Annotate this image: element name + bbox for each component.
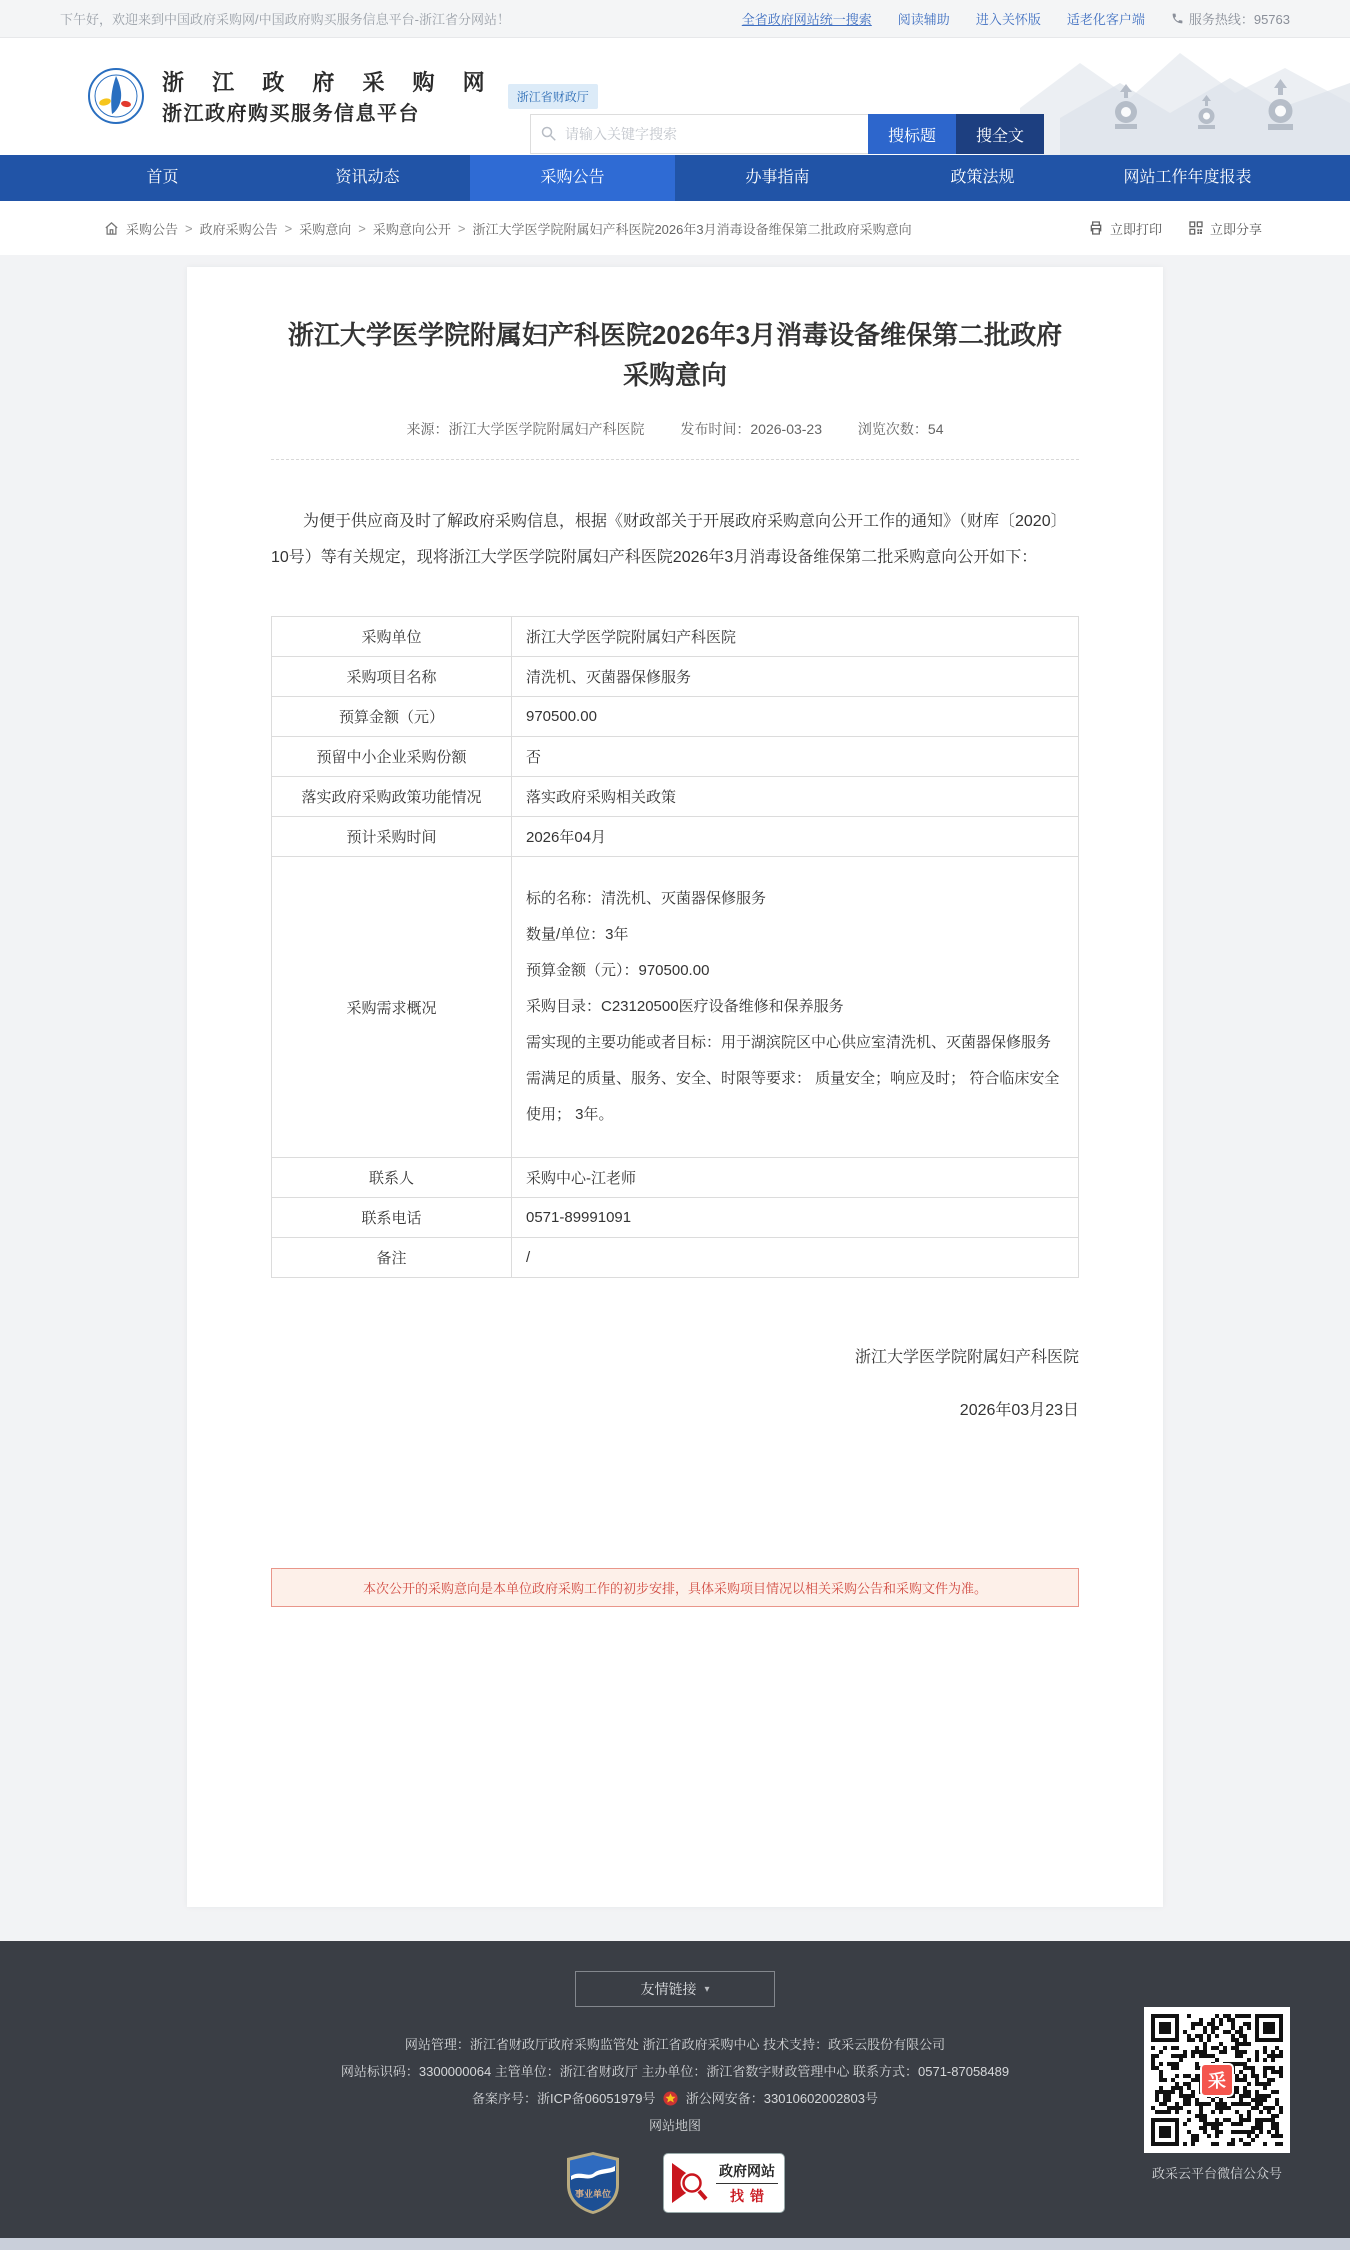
table-row: 采购需求概况标的名称：清洗机、灭菌器保修服务数量/单位：3年预算金额（元）：97… (272, 857, 1079, 1158)
breadcrumb-separator: > (185, 221, 193, 236)
table-row: 备注/ (272, 1238, 1079, 1278)
print-icon (1088, 220, 1104, 236)
breadcrumb-item[interactable]: 采购意向 (299, 219, 351, 238)
topbar-link[interactable]: 适老化客户端 (1067, 9, 1145, 28)
breadcrumb-separator: > (458, 221, 466, 236)
topbar-link[interactable]: 全省政府网站统一搜索 (742, 9, 872, 28)
main-nav: 首页资讯动态采购公告办事指南政策法规网站工作年度报表 (0, 155, 1350, 201)
search-bar: 搜标题 搜全文 (530, 114, 1044, 154)
table-row: 采购项目名称清洗机、灭菌器保修服务 (272, 657, 1079, 697)
row-value: 落实政府采购相关政策 (512, 777, 1079, 817)
breadcrumb-separator: > (358, 221, 366, 236)
institution-shield-badge[interactable]: 事业单位 (565, 2151, 621, 2215)
nav-item-link[interactable]: 办事指南 (675, 155, 880, 201)
table-row: 采购单位浙江大学医学院附属妇产科医院 (272, 617, 1079, 657)
page-title: 浙江大学医学院附属妇产科医院2026年3月消毒设备维保第二批政府采购意向 (271, 315, 1079, 395)
row-label: 预留中小企业采购份额 (272, 737, 512, 777)
row-value: 标的名称：清洗机、灭菌器保修服务数量/单位：3年预算金额（元）：970500.0… (512, 857, 1079, 1158)
topbar-links: 全省政府网站统一搜索阅读辅助进入关怀版适老化客户端 服务热线：95763 (742, 9, 1290, 28)
row-value: 否 (512, 737, 1079, 777)
breadcrumb-actions: 立即打印 立即分享 (1088, 219, 1262, 238)
print-button[interactable]: 立即打印 (1088, 219, 1162, 238)
row-label: 联系电话 (272, 1198, 512, 1238)
table-row: 预算金额（元）970500.00 (272, 697, 1079, 737)
row-label: 备注 (272, 1238, 512, 1278)
table-row: 预留中小企业采购份额否 (272, 737, 1079, 777)
logo-emblem-icon (88, 68, 144, 124)
breadcrumb-item[interactable]: 采购意向公开 (373, 219, 451, 238)
article-card: 浙江大学医学院附属妇产科医院2026年3月消毒设备维保第二批政府采购意向 来源：… (187, 267, 1163, 1907)
error-report-magnifier-icon (670, 2161, 710, 2205)
signature-block: 浙江大学医学院附属妇产科医院 2026年03月23日 (271, 1344, 1079, 1420)
topbar-link[interactable]: 进入关怀版 (976, 9, 1041, 28)
search-title-button[interactable]: 搜标题 (868, 114, 956, 154)
search-fulltext-button[interactable]: 搜全文 (956, 114, 1044, 154)
row-label: 预算金额（元） (272, 697, 512, 737)
dept-badge: 浙江省财政厅 (508, 84, 598, 109)
beian-emblem-icon (663, 2091, 678, 2106)
meta-publish-date: 2026-03-23 (750, 421, 822, 437)
wechat-qr-block: 采 政采云平台微信公众号 (1144, 2007, 1290, 2182)
row-value: 清洗机、灭菌器保修服务 (512, 657, 1079, 697)
error-badge-line1: 政府网站 (719, 2161, 775, 2181)
signature-org: 浙江大学医学院附属妇产科医院 (271, 1344, 1079, 1367)
site-title-line2: 浙江政府购买服务信息平台 (162, 97, 496, 126)
intro-paragraph: 为便于供应商及时了解政府采购信息，根据《财政部关于开展政府采购意向公开工作的通知… (271, 504, 1079, 576)
row-value: 0571-89991091 (512, 1198, 1079, 1238)
greeting-text: 下午好，欢迎来到中国政府采购网/中国政府购买服务信息平台-浙江省分网站！ (60, 9, 510, 28)
share-qr-icon (1188, 220, 1204, 236)
topbar: 下午好，欢迎来到中国政府采购网/中国政府购买服务信息平台-浙江省分网站！ 全省政… (0, 0, 1350, 38)
row-value: 浙江大学医学院附属妇产科医院 (512, 617, 1079, 657)
topbar-link-group: 全省政府网站统一搜索阅读辅助进入关怀版适老化客户端 (742, 9, 1145, 28)
site-title: 浙 江 政 府 采 购 网 浙江政府购买服务信息平台 (162, 66, 496, 126)
row-label: 联系人 (272, 1158, 512, 1198)
error-badge-line2: 找错 (724, 2186, 770, 2206)
row-label: 采购单位 (272, 617, 512, 657)
article-meta: 来源：浙江大学医学院附属妇产科医院 发布时间：2026-03-23 浏览次数：5… (271, 419, 1079, 439)
sitemap-link[interactable]: 网站地图 (649, 2118, 701, 2133)
site-header: 浙 江 政 府 采 购 网 浙江政府购买服务信息平台 浙江省财政厅 搜标题 搜全… (0, 38, 1350, 155)
search-input[interactable] (530, 114, 868, 154)
meta-divider (271, 459, 1079, 460)
nav-item-link[interactable]: 首页 (60, 155, 265, 201)
friend-links-dropdown[interactable]: 友情链接 ▾ (575, 1971, 775, 2007)
row-value: 2026年04月 (512, 817, 1079, 857)
nav-item-link[interactable]: 网站工作年度报表 (1085, 155, 1290, 201)
chevron-down-icon: ▾ (704, 1984, 709, 1995)
breadcrumb-bar: 采购公告>政府采购公告>采购意向>采购意向公开>浙江大学医学院附属妇产科医院20… (0, 201, 1350, 255)
qr-code: 采 (1144, 2007, 1290, 2153)
breadcrumb-item[interactable]: 政府采购公告 (200, 219, 278, 238)
qr-caption: 政采云平台微信公众号 (1144, 2163, 1290, 2182)
topbar-link[interactable]: 阅读辅助 (898, 9, 950, 28)
meta-views: 54 (928, 421, 944, 437)
row-value: 采购中心-江老师 (512, 1158, 1079, 1198)
signature-date: 2026年03月23日 (271, 1397, 1079, 1420)
header-decoration-mountains-pagodas (1020, 38, 1350, 155)
notice-banner: 本次公开的采购意向是本单位政府采购工作的初步安排，具体采购项目情况以相关采购公告… (271, 1568, 1079, 1607)
qr-center-logo: 采 (1200, 2063, 1234, 2097)
table-row: 联系人采购中心-江老师 (272, 1158, 1079, 1198)
nav-item-link[interactable]: 政策法规 (880, 155, 1085, 201)
search-icon (541, 126, 556, 141)
row-label: 采购项目名称 (272, 657, 512, 697)
meta-source: 浙江大学医学院附属妇产科医院 (449, 421, 645, 437)
site-logo[interactable]: 浙 江 政 府 采 购 网 浙江政府购买服务信息平台 浙江省财政厅 (88, 66, 598, 126)
breadcrumb-item[interactable]: 采购公告 (126, 219, 178, 238)
svg-text:事业单位: 事业单位 (575, 2188, 611, 2199)
row-value: / (512, 1238, 1079, 1278)
govsite-error-report-badge[interactable]: 政府网站 找错 (663, 2153, 785, 2213)
row-label: 落实政府采购政策功能情况 (272, 777, 512, 817)
site-footer: 友情链接 ▾ 网站管理：浙江省财政厅政府采购监管处 浙江省政府采购中心 技术支持… (0, 1941, 1350, 2238)
home-icon[interactable] (104, 221, 119, 236)
hotline: 服务热线：95763 (1171, 9, 1290, 28)
site-title-line1: 浙 江 政 府 采 购 网 (162, 66, 496, 97)
breadcrumb-separator: > (285, 221, 293, 236)
bottom-strip (0, 2238, 1350, 2250)
row-value: 970500.00 (512, 697, 1079, 737)
table-row: 预计采购时间2026年04月 (272, 817, 1079, 857)
share-button[interactable]: 立即分享 (1188, 219, 1262, 238)
breadcrumb-item[interactable]: 浙江大学医学院附属妇产科医院2026年3月消毒设备维保第二批政府采购意向 (472, 219, 911, 238)
row-label: 采购需求概况 (272, 857, 512, 1158)
table-row: 联系电话0571-89991091 (272, 1198, 1079, 1238)
nav-item-active[interactable]: 采购公告 (470, 155, 675, 201)
phone-icon (1171, 12, 1184, 25)
table-row: 落实政府采购政策功能情况落实政府采购相关政策 (272, 777, 1079, 817)
breadcrumb: 采购公告>政府采购公告>采购意向>采购意向公开>浙江大学医学院附属妇产科医院20… (104, 219, 912, 238)
procurement-info-table: 采购单位浙江大学医学院附属妇产科医院采购项目名称清洗机、灭菌器保修服务预算金额（… (271, 616, 1079, 1278)
row-label: 预计采购时间 (272, 817, 512, 857)
nav-item-link[interactable]: 资讯动态 (265, 155, 470, 201)
